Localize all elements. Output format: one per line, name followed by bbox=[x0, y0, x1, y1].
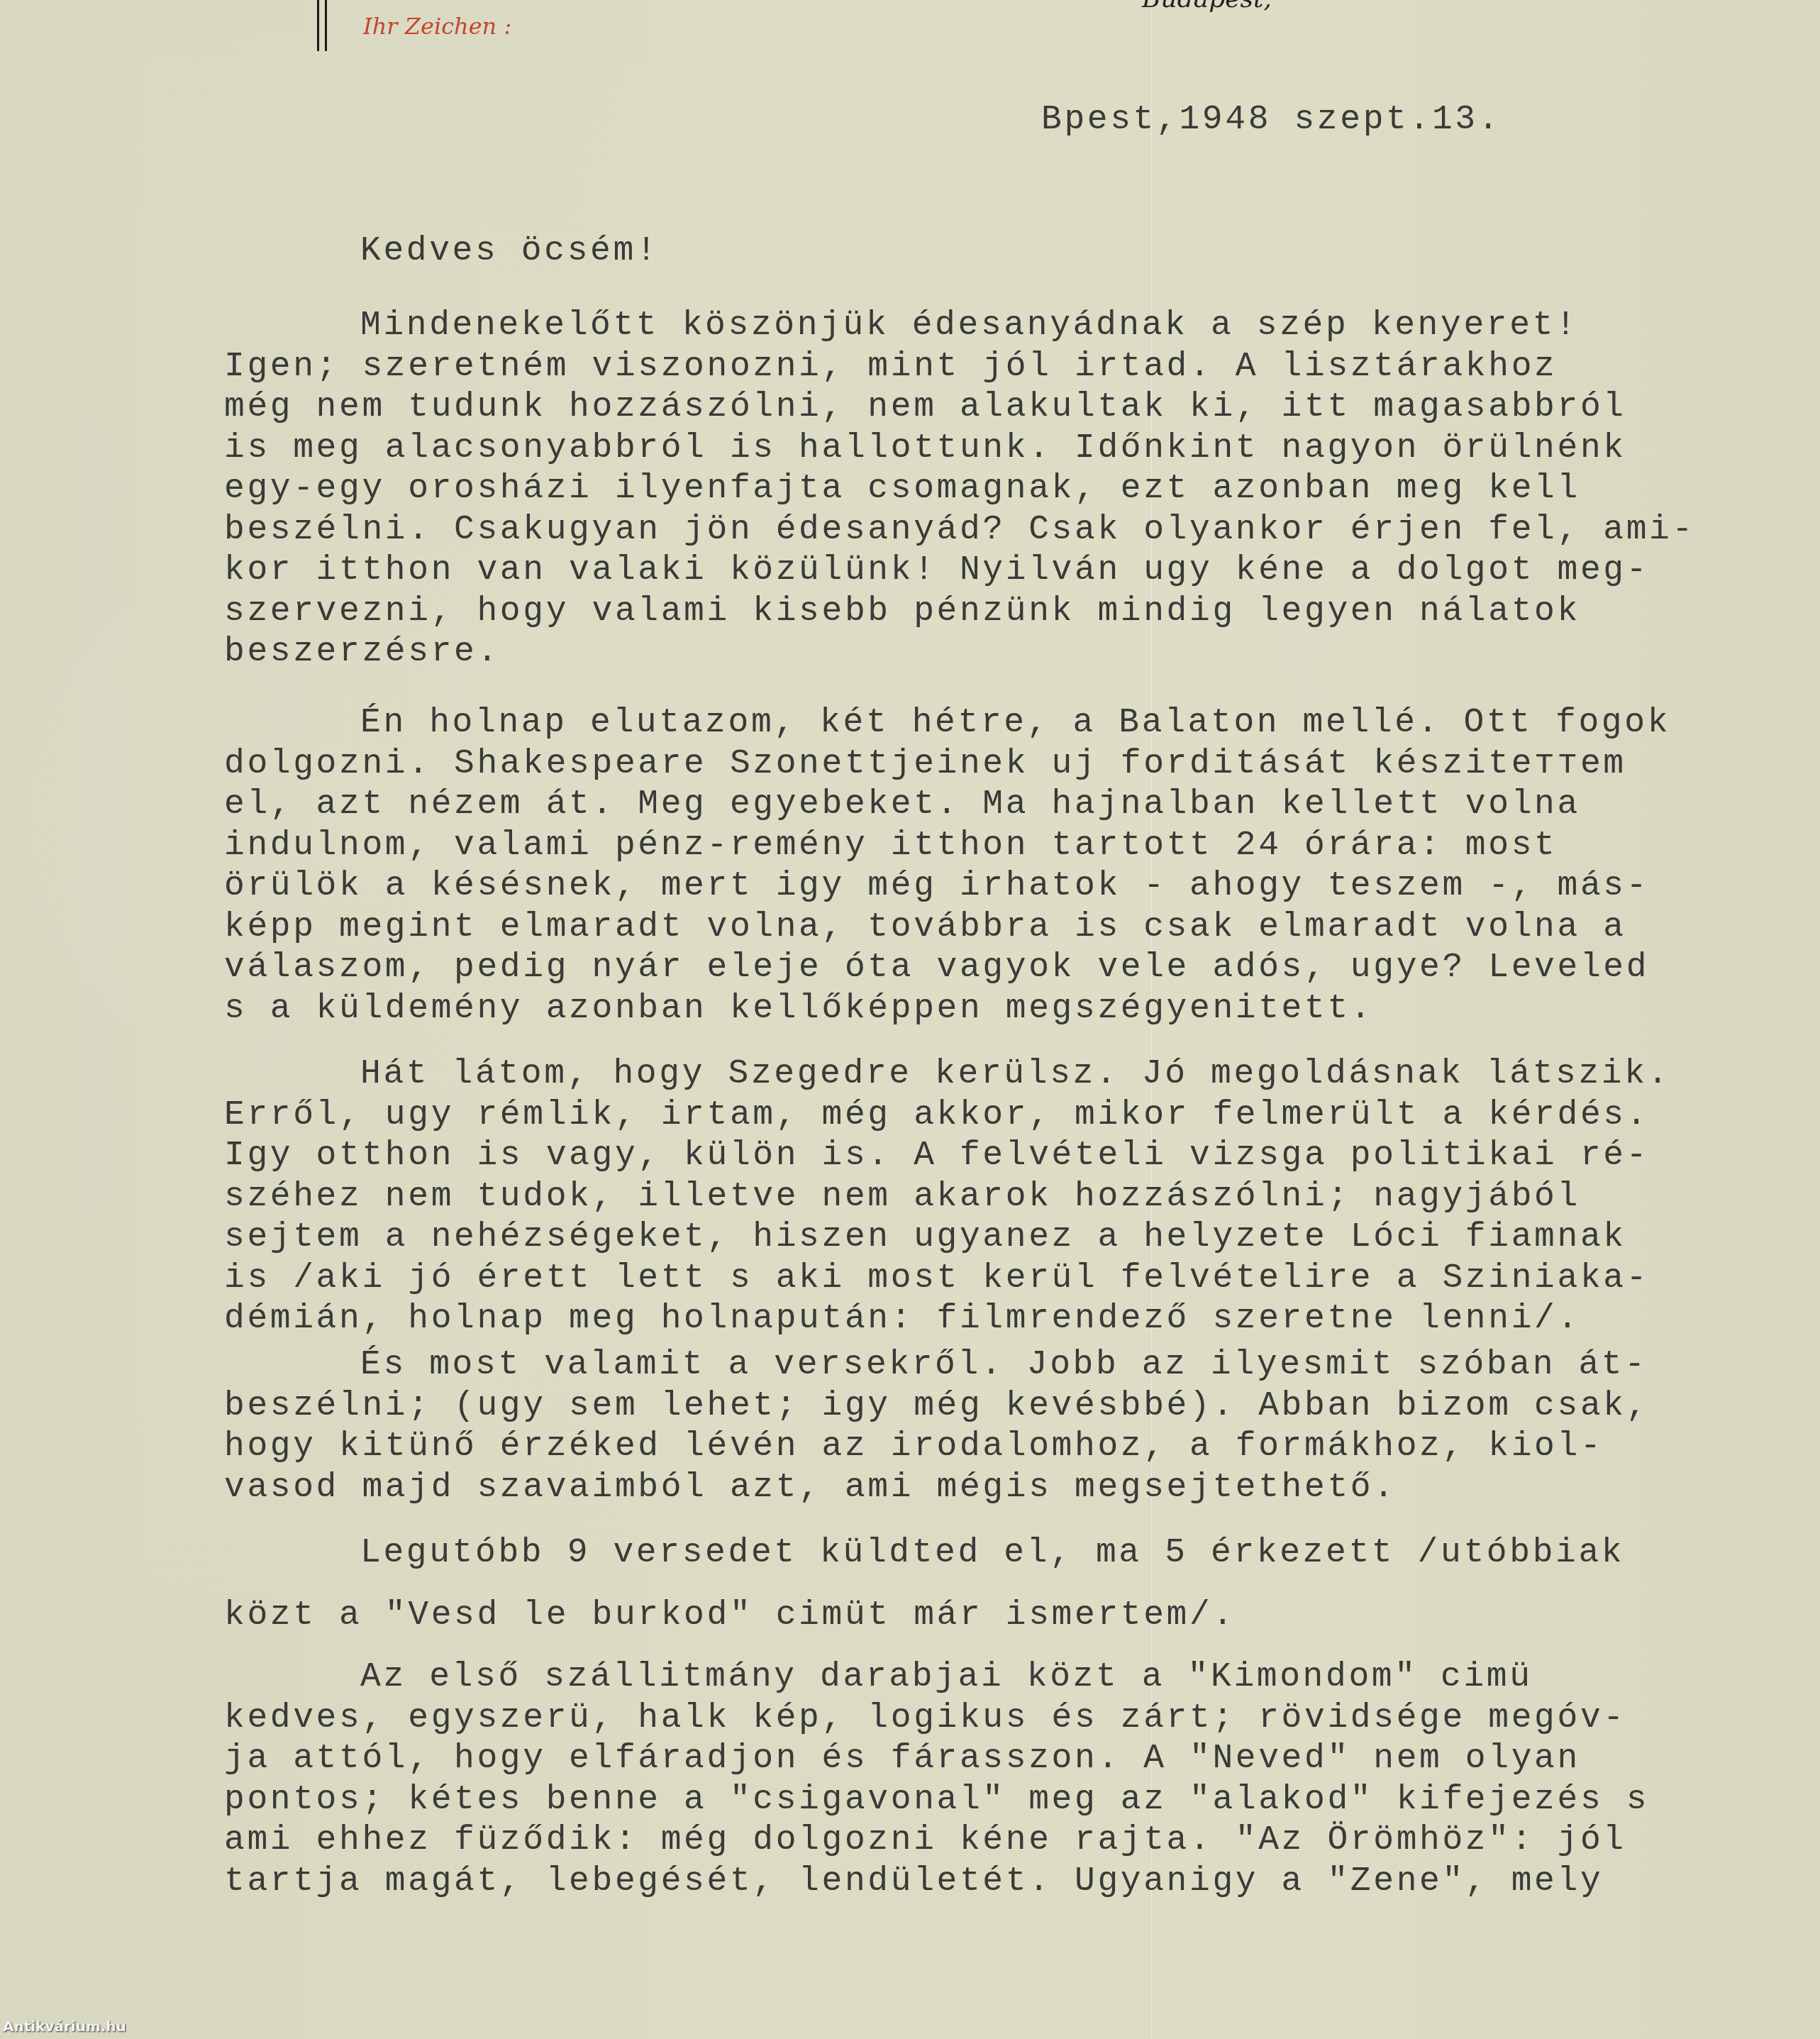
letter-line: képp megint elmaradt volna, továbbra is … bbox=[224, 910, 1626, 944]
letter-line: indulnom, valami pénz-remény itthon tart… bbox=[224, 829, 1557, 863]
letter-salutation: Kedves öcsém! bbox=[360, 234, 659, 268]
letter-line: Igen; szeretném viszonozni, mint jól irt… bbox=[224, 350, 1557, 384]
letter-line: pontos; kétes benne a "csigavonal" meg a… bbox=[224, 1783, 1649, 1817]
letter-line: egy-egy orosházi ilyenfajta csomagnak, e… bbox=[224, 472, 1580, 506]
letter-line: beszélni. Csakugyan jön édesanyád? Csak … bbox=[224, 513, 1695, 547]
letter-line: Legutóbb 9 versedet küldted el, ma 5 érk… bbox=[360, 1536, 1624, 1570]
letter-line: Mindenekelőtt köszönjük édesanyádnak a s… bbox=[360, 309, 1578, 343]
letter-line: ja attól, hogy elfáradjon és fárasszon. … bbox=[224, 1742, 1580, 1776]
letter-line: kor itthon van valaki közülünk! Nyilván … bbox=[224, 553, 1649, 587]
letterhead-city-fragment: Budapest, bbox=[1142, 0, 1272, 13]
letter-line: közt a "Vesd le burkod" cimüt már ismert… bbox=[224, 1598, 1236, 1632]
letter-line: beszélni; (ugy sem lehet; igy még kevésb… bbox=[224, 1389, 1649, 1423]
letter-line: hogy kitünő érzéked lévén az irodalomhoz… bbox=[224, 1430, 1603, 1464]
letter-line: kedves, egyszerü, halk kép, logikus és z… bbox=[224, 1701, 1626, 1735]
watermark: Antikvárium.hu bbox=[3, 2018, 126, 2035]
letter-line: Erről, ugy rémlik, irtam, még akkor, mik… bbox=[224, 1098, 1649, 1132]
letterhead-label: Ihr Zeichen : bbox=[363, 13, 511, 40]
letter-line: tartja magát, lebegését, lendületét. Ugy… bbox=[224, 1864, 1603, 1899]
letter-line: s a küldemény azonban kellőképpen megszé… bbox=[224, 992, 1373, 1026]
letter-line: démián, holnap meg holnapután: filmrende… bbox=[224, 1302, 1580, 1336]
letter-line: széhez nem tudok, illetve nem akarok hoz… bbox=[224, 1180, 1580, 1214]
letter-line: Igy otthon is vagy, külön is. A felvétel… bbox=[224, 1139, 1649, 1173]
letter-line: vasod majd szavaimból azt, ami mégis meg… bbox=[224, 1471, 1397, 1505]
letter-line: is meg alacsonyabbról is hallottunk. Idő… bbox=[224, 431, 1626, 465]
letter-line: válaszom, pedig nyár eleje óta vagyok ve… bbox=[224, 951, 1649, 985]
letter-line: még nem tudunk hozzászólni, nem alakulta… bbox=[224, 390, 1626, 424]
letter-line: Az első szállitmány darabjai közt a "Kim… bbox=[360, 1660, 1533, 1694]
letter-line: is /aki jó érett lett s aki most kerül f… bbox=[224, 1261, 1649, 1295]
letter-line: örülök a késésnek, mert igy még irhatok … bbox=[224, 869, 1649, 903]
letterhead-double-rule bbox=[317, 0, 327, 51]
letter-date: Bpest,1948 szept.13. bbox=[1041, 103, 1501, 137]
letter-line: Hát látom, hogy Szegedre kerülsz. Jó meg… bbox=[360, 1057, 1670, 1091]
letter-line: sejtem a nehézségeket, hiszen ugyanez a … bbox=[224, 1220, 1626, 1254]
letter-line: Én holnap elutazom, két hétre, a Balaton… bbox=[360, 706, 1670, 740]
letter-line: beszerzésre. bbox=[224, 635, 500, 669]
letter-line: dolgozni. Shakespeare Szonettjeinek uj f… bbox=[224, 747, 1626, 781]
letter-line: el, azt nézem át. Meg egyebeket. Ma hajn… bbox=[224, 788, 1580, 822]
letter-line: szervezni, hogy valami kisebb pénzünk mi… bbox=[224, 595, 1580, 629]
letter-line: És most valamit a versekről. Jobb az ily… bbox=[360, 1348, 1648, 1382]
letter-line: ami ehhez füződik: még dolgozni kéne raj… bbox=[224, 1823, 1626, 1857]
